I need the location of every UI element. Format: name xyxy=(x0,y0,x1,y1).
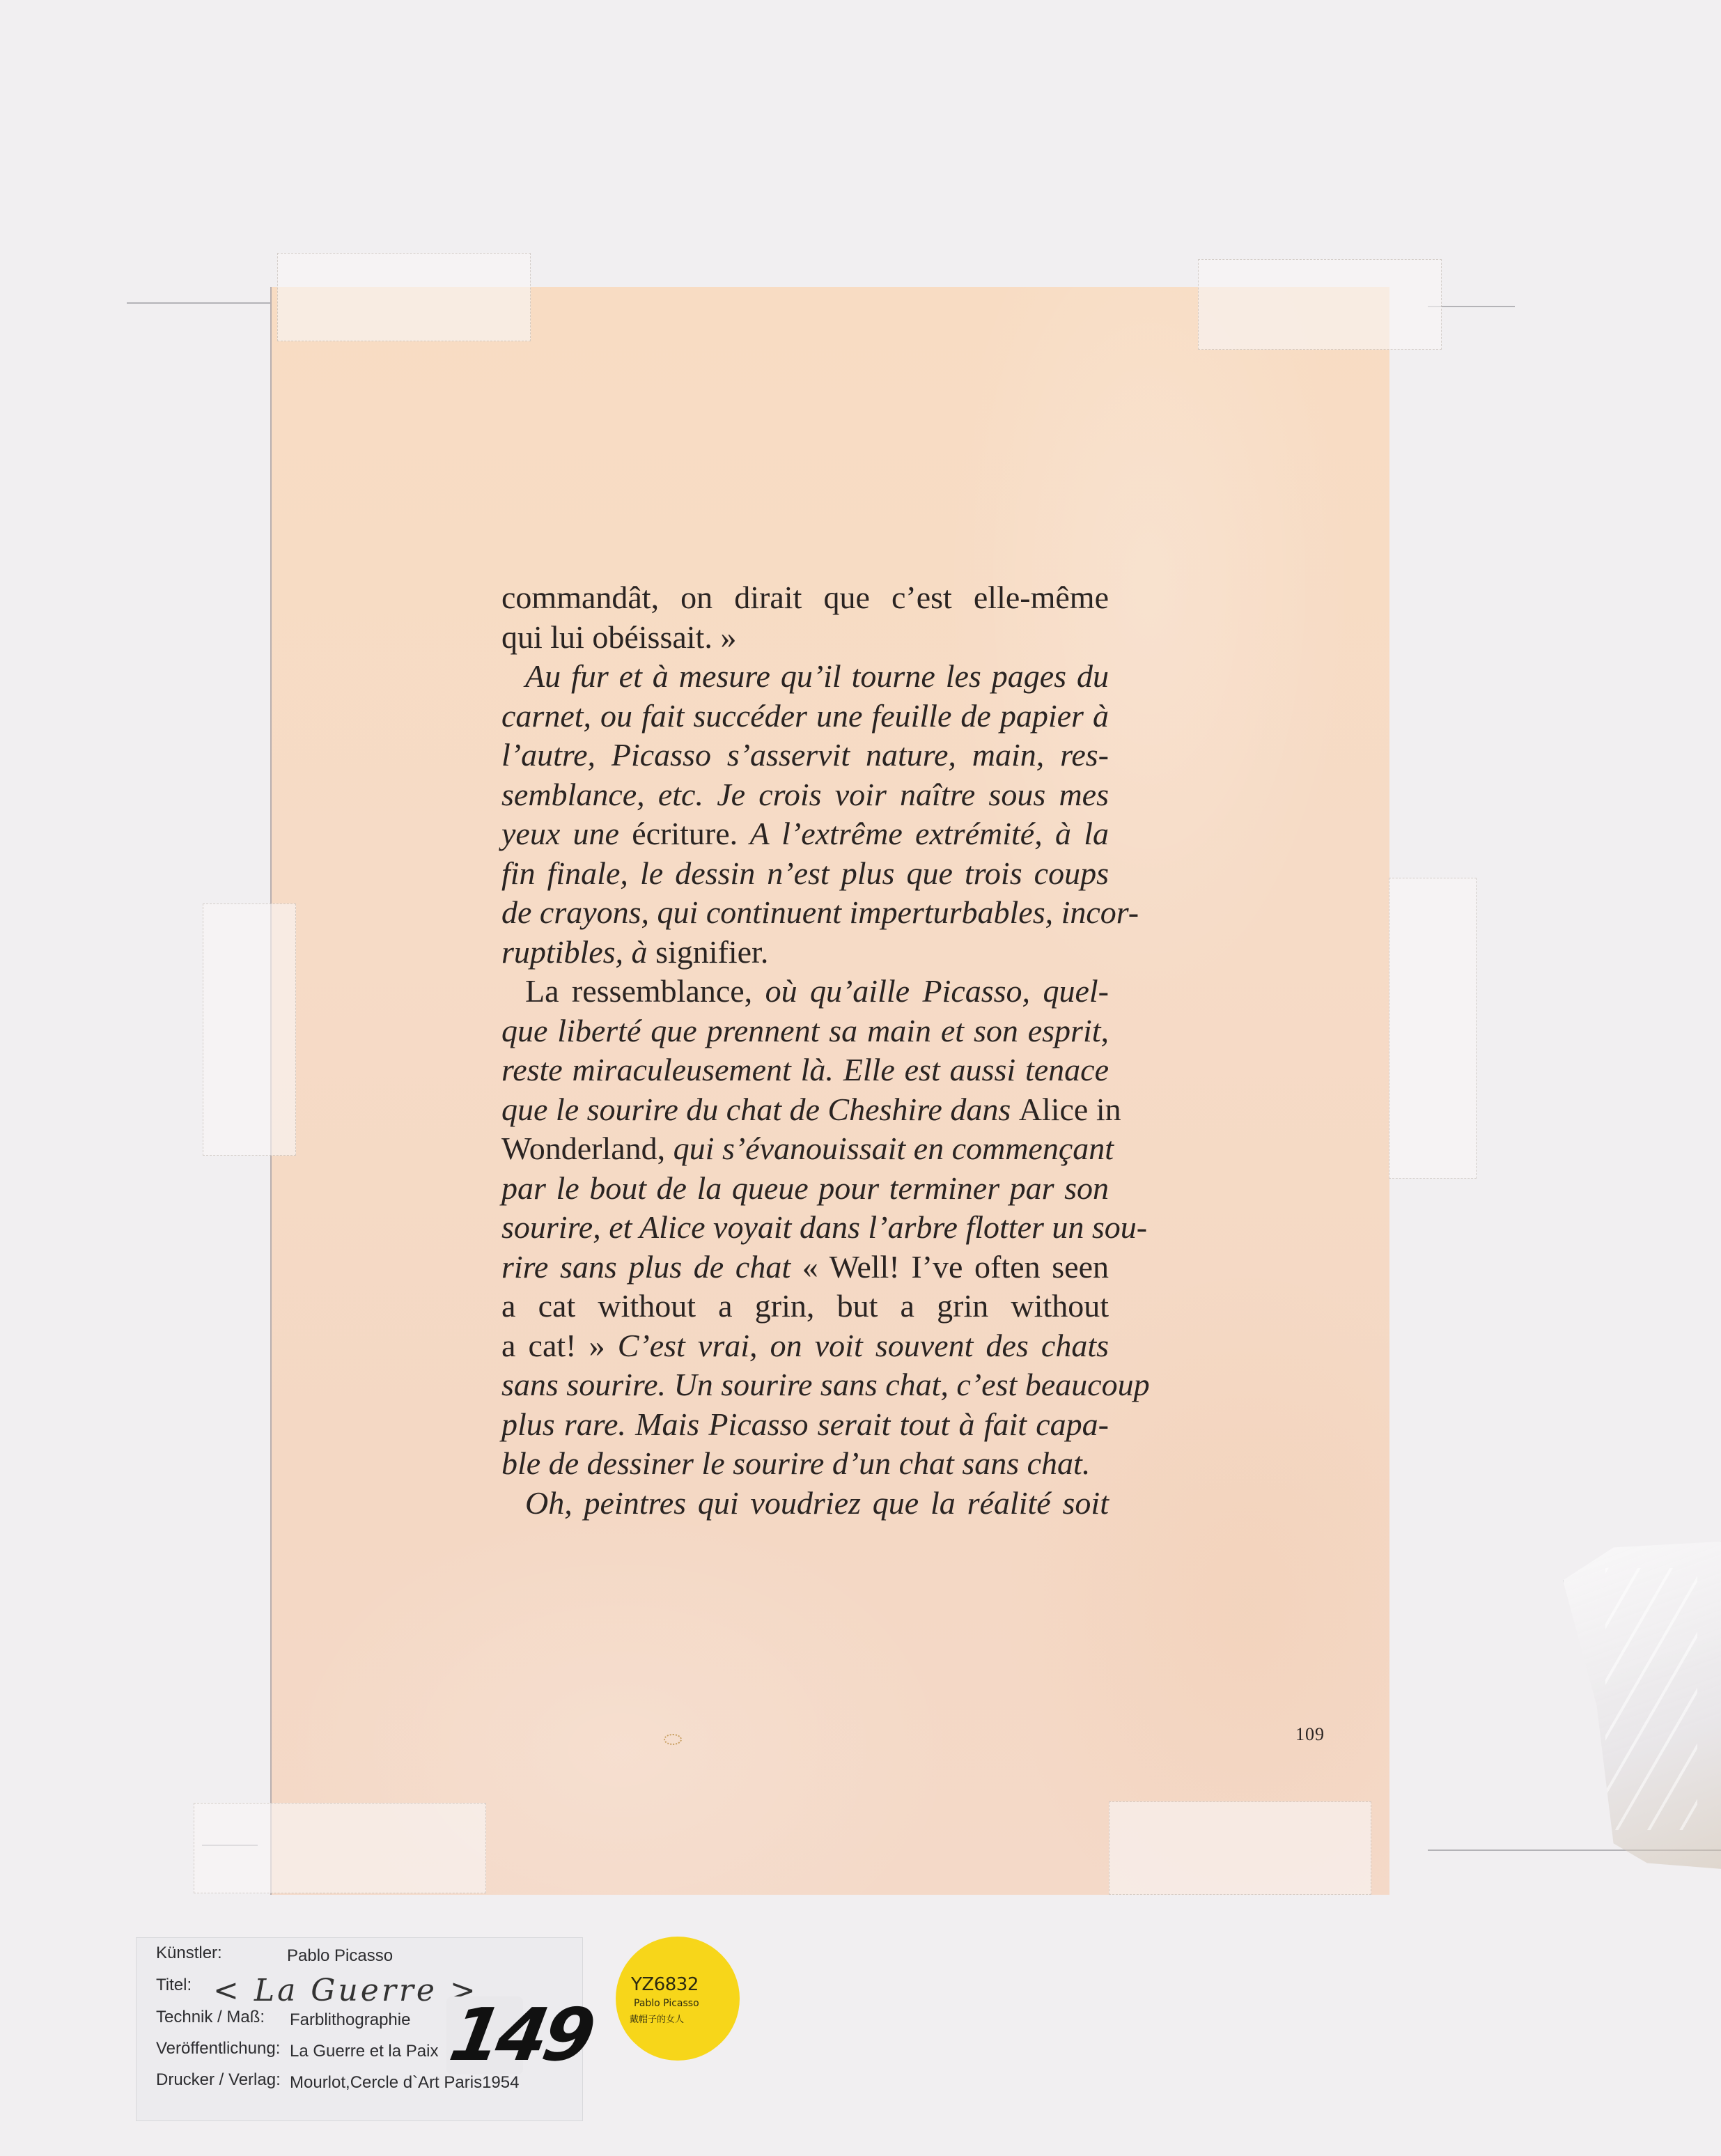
roman-text: a cat without a grin, but a grin without xyxy=(501,1288,1109,1324)
page-number: 109 xyxy=(1295,1724,1325,1745)
italic-text: l’autre, Picasso s’asservit nature, main… xyxy=(501,737,1109,773)
tape-bottom-left xyxy=(194,1803,486,1893)
text-line: ruptibles, à signifier. xyxy=(501,933,1109,972)
text-line: que liberté que prennent sa main et son … xyxy=(501,1011,1109,1051)
text-line: rire sans plus de chat « Well! I’ve ofte… xyxy=(501,1248,1109,1287)
text-line: Oh, peintres qui voudriez que la réalité… xyxy=(501,1484,1109,1523)
roman-text: « Well! I’ve often seen xyxy=(802,1249,1109,1285)
italic-text: qui s’évanouissait en commençant xyxy=(665,1131,1114,1166)
cellophane-scrap xyxy=(1563,1541,1721,1870)
italic-text: sans sourire. Un sourire sans chat, c’es… xyxy=(501,1367,1150,1402)
roman-text: Alice in xyxy=(1019,1092,1121,1127)
italic-text: reste miraculeusement là. Elle est aussi… xyxy=(501,1052,1109,1087)
foxing-stain xyxy=(664,1734,682,1745)
text-line: ble de dessiner le sourire d’un chat san… xyxy=(501,1444,1109,1484)
italic-text: par le bout de la queue pour terminer pa… xyxy=(501,1170,1109,1206)
italic-text: que liberté que prennent sa main et son … xyxy=(501,1013,1109,1048)
inventory-sticker: YZ6832 Pablo Picasso 戴帽子的女人 xyxy=(616,1937,740,2061)
text-line: que le sourire du chat de Cheshire dans … xyxy=(501,1090,1109,1130)
inventory-artist: Pablo Picasso xyxy=(634,1998,699,2009)
label-key: Künstler: xyxy=(156,1944,222,1963)
pencil-line-top-left xyxy=(127,302,280,304)
roman-text: qui lui obéissait. » xyxy=(501,619,736,655)
text-line: par le bout de la queue pour terminer pa… xyxy=(501,1169,1109,1209)
tape-right-middle xyxy=(1389,878,1477,1179)
text-line: sourire, et Alice voyait dans l’arbre fl… xyxy=(501,1208,1109,1248)
text-line: de crayons, qui continuent imperturbable… xyxy=(501,893,1109,933)
label-value: La Guerre et la Paix xyxy=(290,2042,438,2061)
italic-text: C’est vrai, on voit souvent des chats xyxy=(618,1328,1109,1363)
text-line: l’autre, Picasso s’asservit nature, main… xyxy=(501,736,1109,775)
text-line: semblance, etc. Je crois voir naître sou… xyxy=(501,775,1109,815)
label-key: Drucker / Verlag: xyxy=(156,2070,281,2090)
label-key: Veröffentlichung: xyxy=(156,2039,280,2058)
text-line: La ressemblance, où qu’aille Picasso, qu… xyxy=(501,972,1109,1011)
text-line: yeux une écriture. A l’extrême extrémité… xyxy=(501,814,1109,854)
info-label-card: Künstler: Pablo Picasso Titel: < La Guer… xyxy=(137,1938,582,2120)
italic-text: fin finale, le dessin n’est plus que tro… xyxy=(501,855,1109,891)
italic-text: A l’extrême extrémité, à la xyxy=(738,816,1109,851)
italic-text: plus rare. Mais Picasso serait tout à fa… xyxy=(501,1406,1109,1442)
italic-text: yeux une xyxy=(501,816,632,851)
italic-text: que le sourire du chat de Cheshire dans xyxy=(501,1092,1019,1127)
label-value: Farblithographie xyxy=(290,2010,410,2030)
italic-text: rire sans plus de chat xyxy=(501,1249,802,1285)
text-line: a cat! » C’est vrai, on voit souvent des… xyxy=(501,1326,1109,1366)
italic-text: carnet, ou fait succéder une feuille de … xyxy=(501,698,1109,734)
italic-text: de crayons, qui continuent imperturbable… xyxy=(501,894,1139,930)
text-line: a cat without a grin, but a grin without xyxy=(501,1287,1109,1326)
text-line: sans sourire. Un sourire sans chat, c’es… xyxy=(501,1365,1109,1405)
text-line: reste miraculeusement là. Elle est aussi… xyxy=(501,1050,1109,1090)
page-body-text: commandât, on dirait que c’est elle-même… xyxy=(501,578,1109,1523)
inventory-title: 戴帽子的女人 xyxy=(630,2012,684,2025)
italic-text: ble de dessiner le sourire d’un chat san… xyxy=(501,1445,1090,1481)
italic-text: ruptibles, à xyxy=(501,934,655,970)
tape-top-right xyxy=(1198,259,1442,350)
label-value: Pablo Picasso xyxy=(287,1946,393,1966)
label-key: Technik / Maß: xyxy=(156,2008,265,2027)
text-line: Au fur et à mesure qu’il tourne les page… xyxy=(501,657,1109,697)
book-page: commandât, on dirait que c’est elle-même… xyxy=(272,287,1389,1895)
tape-left-middle xyxy=(203,903,296,1156)
tape-top-left xyxy=(277,253,531,341)
text-line: plus rare. Mais Picasso serait tout à fa… xyxy=(501,1405,1109,1445)
handwritten-title: < La Guerre > xyxy=(213,1973,478,2008)
roman-text: La ressemblance, xyxy=(525,973,752,1009)
tape-bottom-right xyxy=(1109,1801,1371,1895)
text-line: commandât, on dirait que c’est elle-même xyxy=(501,578,1109,618)
text-line: qui lui obéissait. » xyxy=(501,618,1109,658)
roman-text: signifier. xyxy=(655,934,768,970)
roman-text: a cat! » xyxy=(501,1328,618,1363)
text-line: carnet, ou fait succéder une feuille de … xyxy=(501,697,1109,736)
label-key: Titel: xyxy=(156,1976,192,1995)
text-line: Wonderland, qui s’évanouissait en commen… xyxy=(501,1129,1109,1169)
italic-text: Oh, peintres qui voudriez que la réalité… xyxy=(525,1485,1109,1521)
italic-text: semblance, etc. Je crois voir naître sou… xyxy=(501,777,1109,812)
roman-text: commandât, on dirait que c’est elle-même xyxy=(501,580,1109,615)
roman-text: écriture. xyxy=(632,816,738,851)
italic-text: Au fur et à mesure qu’il tourne les page… xyxy=(525,658,1109,694)
lot-number: 149 xyxy=(444,1992,598,2077)
inventory-code: YZ6832 xyxy=(631,1974,699,1995)
text-line: fin finale, le dessin n’est plus que tro… xyxy=(501,854,1109,894)
italic-text: où qu’aille Picasso, quel- xyxy=(752,973,1109,1009)
roman-text: Wonderland, xyxy=(501,1131,665,1166)
italic-text: sourire, et Alice voyait dans l’arbre fl… xyxy=(501,1209,1147,1245)
